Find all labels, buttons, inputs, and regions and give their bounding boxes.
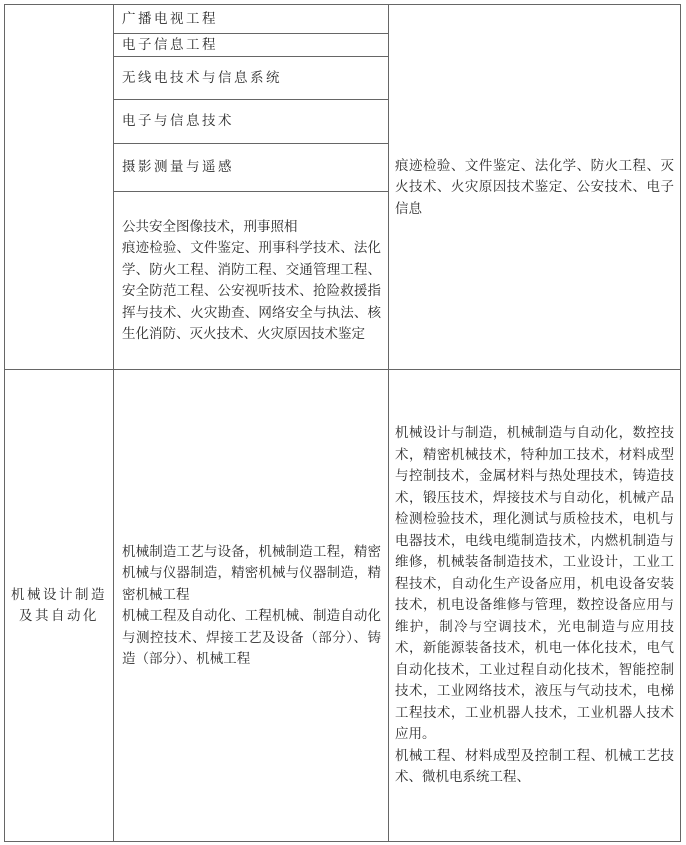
major-row-gonggonganquan-line1: 公共安全图像技术，刑事照相 [122, 216, 381, 238]
table-row: 广播电视工程 痕迹检验、文件鉴定、法化学、防火工程、灭火技术、火灾原因技术鉴定、… [5, 5, 681, 34]
category-line-2: 及其自动化 [7, 605, 111, 627]
category-cell-jixiesheji: 机械设计制造 及其自动化 [5, 369, 114, 841]
document-page: 广播电视工程 痕迹检验、文件鉴定、法化学、防火工程、灭火技术、火灾原因技术鉴定、… [0, 0, 686, 845]
table-row: 机械设计制造 及其自动化 机械制造工艺与设备，机械制造工程，精密机械与仪器制造，… [5, 369, 681, 841]
related-majors-top-text: 痕迹检验、文件鉴定、法化学、防火工程、灭火技术、火灾原因技术鉴定、公安技术、电子… [395, 155, 674, 220]
related-majors-bottom-cell: 机械设计与制造，机械制造与自动化，数控技术，精密机械技术，特种加工技术，材料成型… [389, 369, 681, 841]
old-majors-paragraph-2: 机械工程及自动化、工程机械、制造自动化与测控技术、焊接工艺及设备（部分）、铸造（… [122, 605, 381, 670]
major-row-guangbo: 广播电视工程 [114, 5, 389, 34]
category-cell-top-empty [5, 5, 114, 370]
category-line-1: 机械设计制造 [7, 584, 111, 606]
major-row-dianzixinxi: 电子信息工程 [114, 34, 389, 57]
major-row-gonggonganquan-line2: 痕迹检验、文件鉴定、刑事科学技术、法化学、防火工程、消防工程、交通管理工程、安全… [122, 237, 381, 345]
old-majors-bottom-cell: 机械制造工艺与设备，机械制造工程，精密机械与仪器制造，精密机械与仪器制造，精密机… [114, 369, 389, 841]
major-row-dianziyuxinxi: 电子与信息技术 [114, 99, 389, 143]
major-row-sheying: 摄影测量与遥感 [114, 143, 389, 191]
related-majors-paragraph-1: 机械设计与制造，机械制造与自动化，数控技术，精密机械技术，特种加工技术，材料成型… [395, 422, 674, 745]
related-majors-paragraph-2: 机械工程、材料成型及控制工程、机械工艺技术、微机电系统工程、 [395, 745, 674, 788]
major-row-wuxiandian: 无线电技术与信息系统 [114, 56, 389, 99]
related-majors-top-cell: 痕迹检验、文件鉴定、法化学、防火工程、灭火技术、火灾原因技术鉴定、公安技术、电子… [389, 5, 681, 370]
major-mapping-table: 广播电视工程 痕迹检验、文件鉴定、法化学、防火工程、灭火技术、火灾原因技术鉴定、… [4, 4, 681, 842]
old-majors-paragraph-1: 机械制造工艺与设备，机械制造工程，精密机械与仪器制造，精密机械与仪器制造，精密机… [122, 541, 381, 606]
major-row-gonggonganquan-cell: 公共安全图像技术，刑事照相 痕迹检验、文件鉴定、刑事科学技术、法化学、防火工程、… [114, 191, 389, 369]
